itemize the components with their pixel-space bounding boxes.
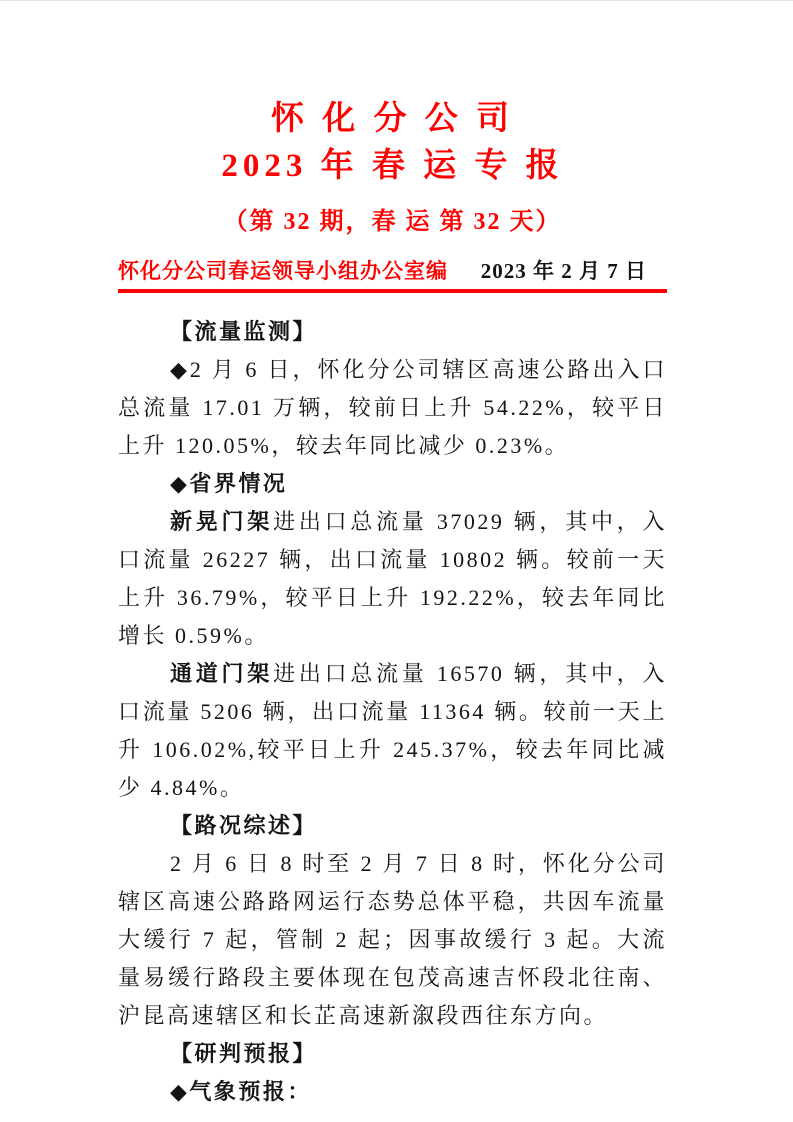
- paragraph-text: 【路况综述】: [170, 813, 317, 838]
- section-heading: 【路况综述】: [118, 807, 667, 845]
- paragraph-text: ◆省界情况: [170, 471, 287, 496]
- report-title: 2023 年 春 运 专 报: [118, 143, 667, 190]
- section-heading: 【研判预报】: [118, 1035, 667, 1073]
- gantry-name-bold-lead: 通道门架: [170, 661, 273, 686]
- section-heading: ◆气象预报：: [118, 1073, 667, 1111]
- paragraph-text: 2 月 6 日 8 时至 2 月 7 日 8 时，怀化分公司辖区高速公路路网运行…: [118, 851, 667, 1028]
- body-paragraph: 新晃门架进出口总流量 37029 辆，其中，入口流量 26227 辆，出口流量 …: [118, 503, 667, 655]
- body-paragraph: ◆2 月 6 日，怀化分公司辖区高速公路出入口总流量 17.01 万辆，较前日上…: [118, 351, 667, 465]
- report-body: 【流量监测】◆2 月 6 日，怀化分公司辖区高速公路出入口总流量 17.01 万…: [118, 313, 667, 1111]
- paragraph-text: ◆气象预报：: [170, 1079, 312, 1104]
- paragraph-text: 【流量监测】: [170, 319, 317, 344]
- section-heading: 【流量监测】: [118, 313, 667, 351]
- gantry-name-bold-lead: 新晃门架: [170, 509, 273, 534]
- report-page: 怀 化 分 公 司 2023 年 春 运 专 报 （第 32 期，春 运 第 3…: [0, 0, 793, 1122]
- issue-date: 2023 年 2 月 7 日: [481, 259, 667, 283]
- editor-label: 怀化分公司春运领导小组办公室编: [118, 259, 448, 283]
- body-paragraph: 2 月 6 日 8 时至 2 月 7 日 8 时，怀化分公司辖区高速公路路网运行…: [118, 845, 667, 1035]
- issue-subtitle: （第 32 期，春 运 第 32 天）: [118, 201, 667, 236]
- paragraph-text: ◆2 月 6 日，怀化分公司辖区高速公路出入口总流量 17.01 万辆，较前日上…: [118, 357, 667, 458]
- paragraph-text: 【研判预报】: [170, 1041, 317, 1066]
- company-title: 怀 化 分 公 司: [118, 96, 667, 143]
- body-paragraph: 通道门架进出口总流量 16570 辆，其中，入口流量 5206 辆，出口流量 1…: [118, 655, 667, 807]
- section-heading: ◆省界情况: [118, 465, 667, 503]
- masthead-row: 怀化分公司春运领导小组办公室编 2023 年 2 月 7 日: [118, 259, 667, 293]
- report-header: 怀 化 分 公 司 2023 年 春 运 专 报 （第 32 期，春 运 第 3…: [118, 96, 667, 293]
